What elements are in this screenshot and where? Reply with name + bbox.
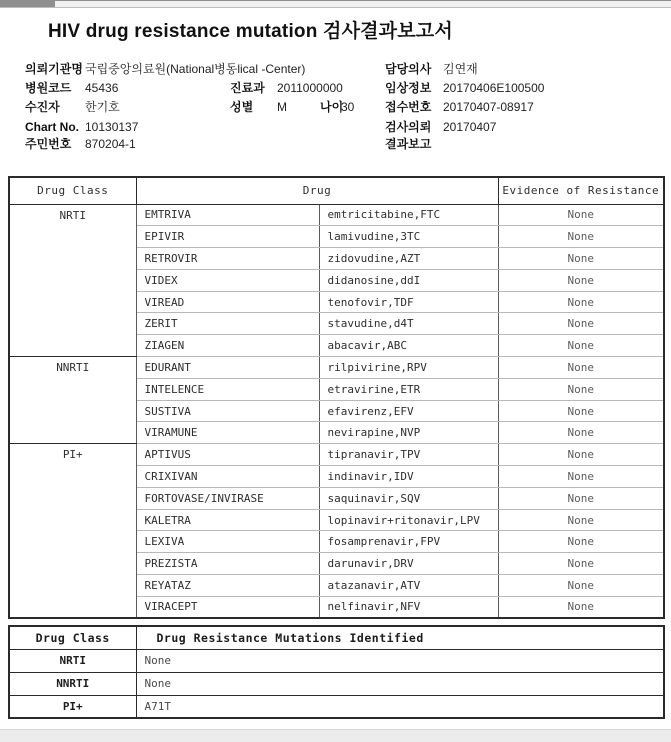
- evidence-cell: None: [498, 204, 664, 226]
- drug-brand-cell: INTELENCE: [136, 378, 319, 400]
- drug-row: PI+APTIVUStipranavir,TPVNone: [9, 444, 664, 466]
- drug-generic-cell: didanosine,ddI: [319, 269, 498, 291]
- info-label: 임상정보: [385, 81, 431, 95]
- info-value: 870204-1: [85, 137, 136, 151]
- info-label: 결과보고: [385, 137, 431, 151]
- drug-generic-cell: atazanavir,ATV: [319, 575, 498, 597]
- evidence-cell: None: [498, 335, 664, 357]
- mutation-row: PI+A71T: [9, 695, 664, 718]
- drug-brand-cell: FORTOVASE/INVIRASE: [136, 487, 319, 509]
- mutations-cell: None: [136, 649, 664, 672]
- info-value: 20170407: [443, 120, 496, 134]
- drug-brand-cell: ZERIT: [136, 313, 319, 335]
- info-label: Chart No.: [25, 120, 79, 134]
- drug-brand-cell: KALETRA: [136, 509, 319, 531]
- drug-brand-cell: VIDEX: [136, 269, 319, 291]
- info-value: 20170406E100500: [443, 81, 544, 95]
- evidence-cell: None: [498, 269, 664, 291]
- evidence-cell: None: [498, 444, 664, 466]
- report-page: HIV drug resistance mutation 검사결과보고서 의뢰기…: [0, 0, 671, 742]
- mutation-class-cell: NRTI: [9, 649, 136, 672]
- info-label: 접수번호: [385, 100, 431, 114]
- drug-generic-cell: emtricitabine,FTC: [319, 204, 498, 226]
- evidence-cell: None: [498, 553, 664, 575]
- info-value: 45436: [85, 81, 118, 95]
- drug-brand-cell: SUSTIVA: [136, 400, 319, 422]
- drug-generic-cell: tipranavir,TPV: [319, 444, 498, 466]
- drug-generic-cell: rilpivirine,RPV: [319, 357, 498, 379]
- info-value: 김연재: [443, 62, 478, 76]
- drug-brand-cell: EPIVIR: [136, 226, 319, 248]
- info-value: 10130137: [85, 120, 138, 134]
- drug-brand-cell: EDURANT: [136, 357, 319, 379]
- drug-brand-cell: APTIVUS: [136, 444, 319, 466]
- mutations-cell: A71T: [136, 695, 664, 718]
- info-value: 한기호: [85, 100, 120, 114]
- drug-generic-cell: zidovudine,AZT: [319, 248, 498, 270]
- drug-brand-cell: PREZISTA: [136, 553, 319, 575]
- mutation-class-cell: PI+: [9, 695, 136, 718]
- info-label: 주민번호: [25, 137, 71, 151]
- drug-generic-cell: nevirapine,NVP: [319, 422, 498, 444]
- info-value: M: [277, 100, 287, 114]
- evidence-cell: None: [498, 487, 664, 509]
- evidence-cell: None: [498, 466, 664, 488]
- mutations-identified-header: Drug Resistance Mutations Identified: [136, 626, 664, 649]
- evidence-cell: None: [498, 422, 664, 444]
- evidence-cell: None: [498, 226, 664, 248]
- evidence-cell: None: [498, 378, 664, 400]
- mutation-table-header-row: Drug Class Drug Resistance Mutations Ide…: [9, 626, 664, 649]
- info-label: 수진자: [25, 100, 60, 114]
- evidence-cell: None: [498, 291, 664, 313]
- info-label: 나이: [320, 100, 343, 114]
- info-value: 국립중앙의료원(National병동lical -Center): [85, 62, 305, 76]
- info-label: 성별: [230, 100, 253, 114]
- evidence-cell: None: [498, 575, 664, 597]
- drug-brand-cell: REYATAZ: [136, 575, 319, 597]
- info-label: 검사의뢰: [385, 120, 431, 134]
- mutations-table: Drug Class Drug Resistance Mutations Ide…: [8, 625, 665, 719]
- drug-generic-cell: saquinavir,SQV: [319, 487, 498, 509]
- evidence-cell: None: [498, 531, 664, 553]
- drug-brand-cell: VIREAD: [136, 291, 319, 313]
- drug-generic-cell: darunavir,DRV: [319, 553, 498, 575]
- drug-generic-cell: lopinavir+ritonavir,LPV: [319, 509, 498, 531]
- mutation-class-header: Drug Class: [9, 626, 136, 649]
- info-label: 병원코드: [25, 81, 71, 95]
- info-value: 20170407-08917: [443, 100, 534, 114]
- drug-generic-cell: tenofovir,TDF: [319, 291, 498, 313]
- drug-class-cell: PI+: [9, 444, 136, 618]
- drug-brand-cell: CRIXIVAN: [136, 466, 319, 488]
- evidence-cell: None: [498, 248, 664, 270]
- mutations-cell: None: [136, 672, 664, 695]
- info-label: 의뢰기관명: [25, 62, 83, 76]
- evidence-cell: None: [498, 509, 664, 531]
- drug-generic-cell: indinavir,IDV: [319, 466, 498, 488]
- drug-generic-cell: abacavir,ABC: [319, 335, 498, 357]
- drug-class-cell: NNRTI: [9, 357, 136, 444]
- drug-brand-cell: LEXIVA: [136, 531, 319, 553]
- drug-brand-cell: VIRACEPT: [136, 596, 319, 618]
- bottom-bar: [0, 729, 671, 742]
- drug-brand-cell: ZIAGEN: [136, 335, 319, 357]
- evidence-cell: None: [498, 313, 664, 335]
- drug-row: NRTIEMTRIVAemtricitabine,FTCNone: [9, 204, 664, 226]
- evidence-cell: None: [498, 400, 664, 422]
- evidence-header: Evidence of Resistance: [498, 177, 664, 204]
- drug-generic-cell: etravirine,ETR: [319, 378, 498, 400]
- drug-brand-cell: VIRAMUNE: [136, 422, 319, 444]
- evidence-cell: None: [498, 357, 664, 379]
- drug-generic-cell: fosamprenavir,FPV: [319, 531, 498, 553]
- drug-generic-cell: stavudine,d4T: [319, 313, 498, 335]
- mutation-class-cell: NNRTI: [9, 672, 136, 695]
- drug-brand-cell: EMTRIVA: [136, 204, 319, 226]
- drug-table-header-row: Drug Class Drug Evidence of Resistance: [9, 177, 664, 204]
- mutation-row: NNRTINone: [9, 672, 664, 695]
- info-value: 2011000000: [277, 81, 343, 95]
- drug-brand-cell: RETROVIR: [136, 248, 319, 270]
- drug-generic-cell: lamivudine,3TC: [319, 226, 498, 248]
- drug-class-header: Drug Class: [9, 177, 136, 204]
- drug-resistance-table: Drug Class Drug Evidence of Resistance N…: [8, 176, 665, 619]
- patient-info: 의뢰기관명국립중앙의료원(National병동lical -Center)담당의…: [0, 0, 671, 160]
- drug-class-cell: NRTI: [9, 204, 136, 357]
- mutation-row: NRTINone: [9, 649, 664, 672]
- drug-generic-cell: efavirenz,EFV: [319, 400, 498, 422]
- info-label: 진료과: [230, 81, 265, 95]
- drug-header: Drug: [136, 177, 498, 204]
- drug-generic-cell: nelfinavir,NFV: [319, 596, 498, 618]
- evidence-cell: None: [498, 596, 664, 618]
- info-label: 담당의사: [385, 62, 431, 76]
- info-value: 30: [341, 100, 354, 114]
- drug-row: NNRTIEDURANTrilpivirine,RPVNone: [9, 357, 664, 379]
